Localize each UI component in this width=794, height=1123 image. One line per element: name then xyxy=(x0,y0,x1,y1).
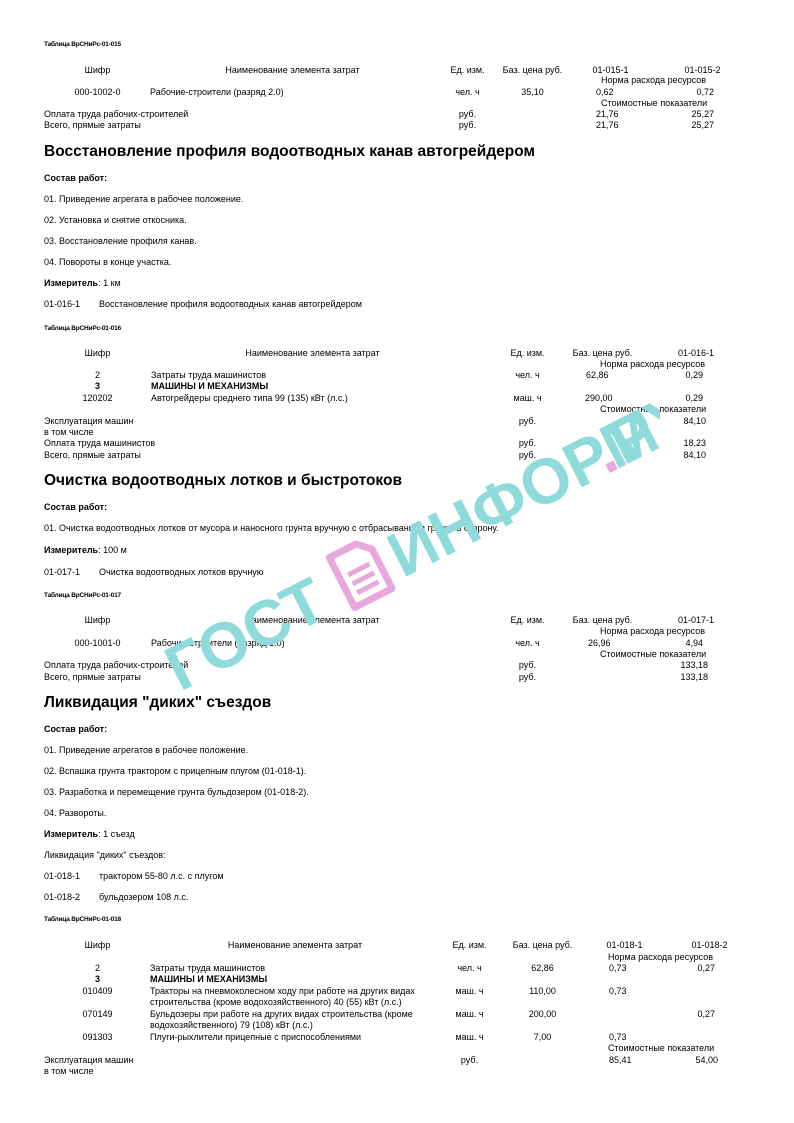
section-title: Восстановление профиля водоотводных кана… xyxy=(44,143,535,161)
col-header-code: Шифр xyxy=(60,348,135,359)
work-step: 03. Восстановление профиля канав. xyxy=(44,236,197,246)
col-header-price: Баз. цена руб. xyxy=(495,65,570,76)
col-header-unit: Ед. изм. xyxy=(500,615,555,626)
cost-label: Стоимостные показатели xyxy=(608,1043,714,1054)
meter: Измеритель: 1 съезд xyxy=(44,829,135,839)
work-step: 02. Установка и снятие откосника. xyxy=(44,215,187,225)
col-header-code: Шифр xyxy=(60,65,135,76)
work-step: 04. Повороты в конце участка. xyxy=(44,257,171,267)
table-row: в том числе xyxy=(44,1066,93,1077)
cost-label: Стоимостные показатели xyxy=(601,98,707,109)
col-header-price: Баз. цена руб. xyxy=(565,348,640,359)
subtitle: Ликвидация "диких" съездов: xyxy=(44,850,166,860)
work-composition-label: Состав работ: xyxy=(44,502,107,512)
table-caption: Таблица ВрСНиРс-01-015 xyxy=(44,41,121,48)
col-header-01-017-1: 01-017-1 xyxy=(650,615,714,626)
item-name: Восстановление профиля водоотводных кана… xyxy=(99,299,362,309)
cost-label: Стоимостные показатели xyxy=(600,404,706,415)
table-caption: Таблица ВрСНиРс-01-017 xyxy=(44,592,121,599)
table-caption: Таблица ВрСНиРс-01-018 xyxy=(44,916,121,923)
norm-label: Норма расхода ресурсов xyxy=(601,75,706,86)
section-title: Очистка водоотводных лотков и быстротоко… xyxy=(44,472,402,490)
item-code: 01-018-2 xyxy=(44,892,80,902)
meter: Измеритель: 100 м xyxy=(44,545,127,555)
col-header-name: Наименование элемента затрат xyxy=(190,65,395,76)
norm-label: Норма расхода ресурсов xyxy=(608,952,713,963)
col-header-name: Наименование элемента затрат xyxy=(190,940,400,951)
col-header-01-016-1: 01-016-1 xyxy=(650,348,714,359)
col-header-code: Шифр xyxy=(60,940,135,951)
work-step: 01. Очистка водоотводных лотков от мусор… xyxy=(44,523,499,533)
col-header-unit: Ед. изм. xyxy=(500,348,555,359)
col-header-unit: Ед. изм. xyxy=(442,940,497,951)
work-step: 01. Приведение агрегатов в рабочее полож… xyxy=(44,745,248,755)
cost-label: Стоимостные показатели xyxy=(600,649,706,660)
section-title: Ликвидация "диких" съездов xyxy=(44,694,271,712)
col-header-01-018-2: 01-018-2 xyxy=(677,940,742,951)
table-row: в том числе xyxy=(44,427,93,438)
norm-label: Норма расхода ресурсов xyxy=(600,359,705,370)
item-name: трактором 55-80 л.с. с плугом xyxy=(99,871,224,881)
col-header-name: Наименование элемента затрат xyxy=(215,348,410,359)
work-composition-label: Состав работ: xyxy=(44,724,107,734)
watermark: ГОСТ ИНФОРМ . РУ xyxy=(160,392,660,712)
item-code: 01-017-1 xyxy=(44,567,80,577)
document-icon xyxy=(329,539,392,608)
meter: Измеритель: 1 км xyxy=(44,278,121,288)
item-code: 01-018-1 xyxy=(44,871,80,881)
table-caption: Таблица ВрСНиРс-01-016 xyxy=(44,325,121,332)
col-header-price: Баз. цена руб. xyxy=(505,940,580,951)
work-step: 04. Развороты. xyxy=(44,808,106,818)
col-header-name: Наименование элемента затрат xyxy=(215,615,410,626)
col-header-unit: Ед. изм. xyxy=(440,65,495,76)
work-step: 03. Разработка и перемещение грунта буль… xyxy=(44,787,309,797)
item-name: бульдозером 108 л.с. xyxy=(99,892,188,902)
col-header-code: Шифр xyxy=(60,615,135,626)
work-step: 01. Приведение агрегата в рабочее положе… xyxy=(44,194,243,204)
item-name: Очистка водоотводных лотков вручную xyxy=(99,567,264,577)
norm-label: Норма расхода ресурсов xyxy=(600,626,705,637)
work-step: 02. Вспашка грунта трактором с прицепным… xyxy=(44,766,306,776)
item-code: 01-016-1 xyxy=(44,299,80,309)
watermark-text-gost: ГОСТ xyxy=(160,564,337,705)
watermark-dot: . xyxy=(580,415,629,487)
work-composition-label: Состав работ: xyxy=(44,173,107,183)
col-header-01-018-1: 01-018-1 xyxy=(592,940,657,951)
col-header-price: Баз. цена руб. xyxy=(565,615,640,626)
